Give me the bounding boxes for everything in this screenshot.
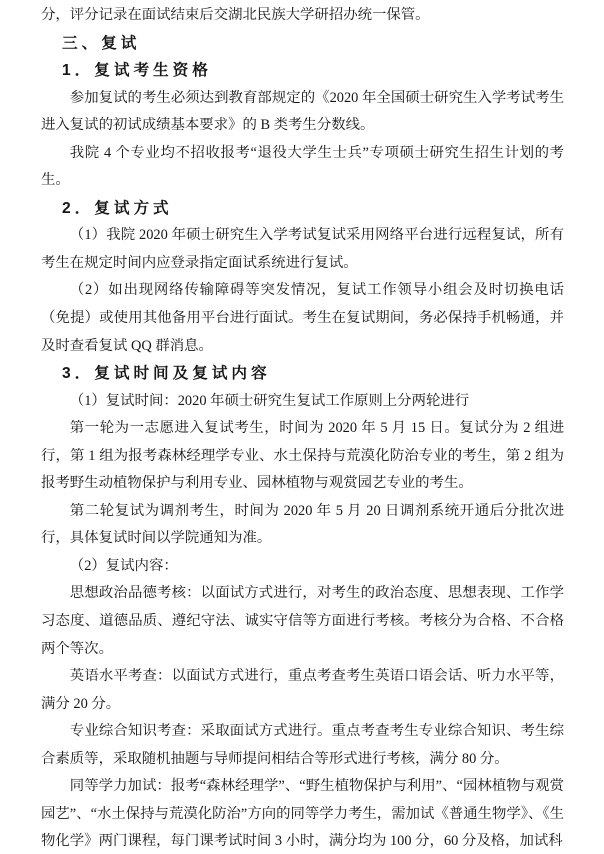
paragraph-continuation: 分，评分记录在面试结束后交湖北民族大学研招办统一保管。 (41, 2, 564, 30)
paragraph-remote-interview: （1）我院 2020 年硕士研究生入学考试复试采用网络平台进行远程复试，所有考生… (41, 222, 564, 277)
paragraph-professional-knowledge-check: 专业综合知识考查：采取面试方式进行。重点考查考生专业综合知识、考生综合素质等，采… (41, 718, 564, 773)
section-heading-fushi: 三、复试 (41, 30, 564, 58)
subheading-1-fushi-kaosheng-zige: 1．复试考生资格 (41, 57, 564, 85)
paragraph-second-round: 第二轮复试为调剂考生，时间为 2020 年 5 月 20 日调剂系统开通后分批次… (41, 498, 564, 553)
paragraph-network-backup: （2）如出现网络传输障碍等突发情况，复试工作领导小组会及时切换电话（免提）或使用… (41, 277, 564, 360)
subheading-2-fushi-fangshi: 2．复试方式 (41, 195, 564, 223)
document-page: 分，评分记录在面试结束后交湖北民族大学研招办统一保管。 三、复试 1．复试考生资… (0, 0, 604, 854)
paragraph-fushi-time-intro: （1）复试时间：2020 年硕士研究生复试工作原则上分两轮进行 (41, 388, 564, 416)
paragraph-equivalent-degree-extra-test: 同等学力加试：报考“森林经理学”、“野生植物保护与利用”、“园林植物与观赏园艺”… (41, 773, 564, 854)
paragraph-first-round: 第一轮为一志愿进入复试考生，时间为 2020 年 5 月 15 日。复试分为 2… (41, 415, 564, 498)
paragraph-english-check: 英语水平考查：以面试方式进行，重点考查考生英语口语会话、听力水平等，满分 20 … (41, 663, 564, 718)
paragraph-no-veteran-plan: 我院 4 个专业均不招收报考“退役大学生士兵”专项硕士研究生招生计划的考生。 (41, 140, 564, 195)
paragraph-political-morality-check: 思想政治品德考核：以面试方式进行，对考生的政治态度、思想表现、工作学习态度、道德… (41, 580, 564, 663)
paragraph-score-requirement: 参加复试的考生必须达到教育部规定的《2020 年全国硕士研究生入学考试考生进入复… (41, 85, 564, 140)
paragraph-fushi-content-label: （2）复试内容： (41, 553, 564, 581)
subheading-3-fushi-shijian-neirong: 3．复试时间及复试内容 (41, 360, 564, 388)
